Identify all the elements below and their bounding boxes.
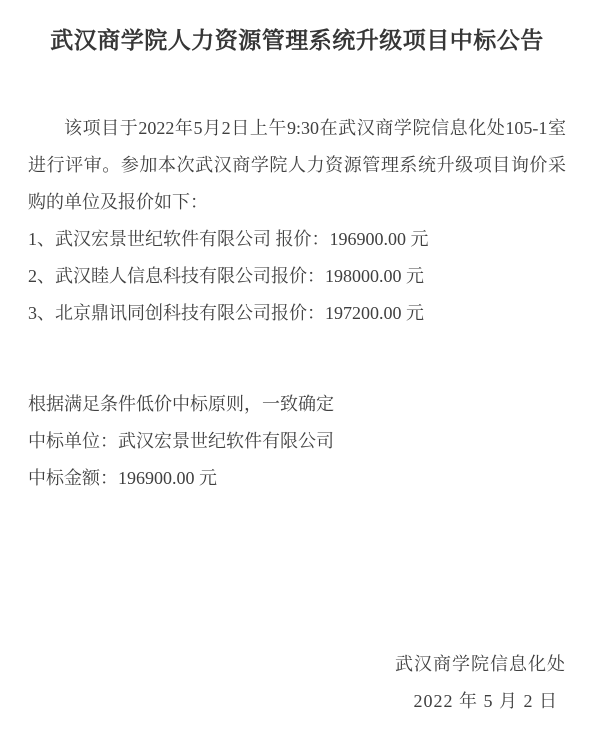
- bidder-quote-label: 报价：: [271, 266, 325, 286]
- bidder-quote-label: 报价：: [271, 303, 325, 323]
- signature-date: 2022 年 5 月 2 日: [28, 683, 566, 720]
- bidder-index: 1、: [28, 229, 55, 249]
- bidder-item: 2、武汉睦人信息科技有限公司报价：198000.00 元: [28, 258, 566, 295]
- document-title: 武汉商学院人力资源管理系统升级项目中标公告: [28, 0, 566, 58]
- bidder-company: 武汉宏景世纪软件有限公司: [55, 229, 271, 249]
- bidder-amount: 196900.00 元: [330, 229, 429, 249]
- winning-amount-label: 中标金额：: [28, 468, 118, 488]
- bidder-item: 3、北京鼎讯同创科技有限公司报价：197200.00 元: [28, 295, 566, 332]
- signature-block: 武汉商学院信息化处 2022 年 5 月 2 日: [28, 646, 566, 720]
- winning-amount-line: 中标金额：196900.00 元: [28, 460, 566, 497]
- winner-name: 武汉宏景世纪软件有限公司: [118, 431, 334, 451]
- bidder-item: 1、武汉宏景世纪软件有限公司 报价：196900.00 元: [28, 221, 566, 258]
- winning-amount-value: 196900.00 元: [118, 468, 217, 488]
- bidder-quote-label: 报价：: [276, 229, 330, 249]
- announcement-document: 武汉商学院人力资源管理系统升级项目中标公告 该项目于2022年5月2日上午9:3…: [0, 0, 594, 729]
- bidder-index: 3、: [28, 303, 55, 323]
- winner-line: 中标单位：武汉宏景世纪软件有限公司: [28, 423, 566, 460]
- bidder-company: 武汉睦人信息科技有限公司: [55, 266, 271, 286]
- winner-label: 中标单位：: [28, 431, 118, 451]
- bidder-amount: 197200.00 元: [325, 303, 424, 323]
- decision-principle: 根据满足条件低价中标原则，一致确定: [28, 386, 566, 423]
- decision-block: 根据满足条件低价中标原则，一致确定 中标单位：武汉宏景世纪软件有限公司 中标金额…: [28, 386, 566, 497]
- signature-department: 武汉商学院信息化处: [28, 646, 566, 683]
- intro-paragraph: 该项目于2022年5月2日上午9:30在武汉商学院信息化处105-1室进行评审。…: [28, 110, 566, 221]
- bidder-index: 2、: [28, 266, 55, 286]
- bidder-amount: 198000.00 元: [325, 266, 424, 286]
- bidder-company: 北京鼎讯同创科技有限公司: [55, 303, 271, 323]
- bidder-list: 1、武汉宏景世纪软件有限公司 报价：196900.00 元 2、武汉睦人信息科技…: [28, 221, 566, 332]
